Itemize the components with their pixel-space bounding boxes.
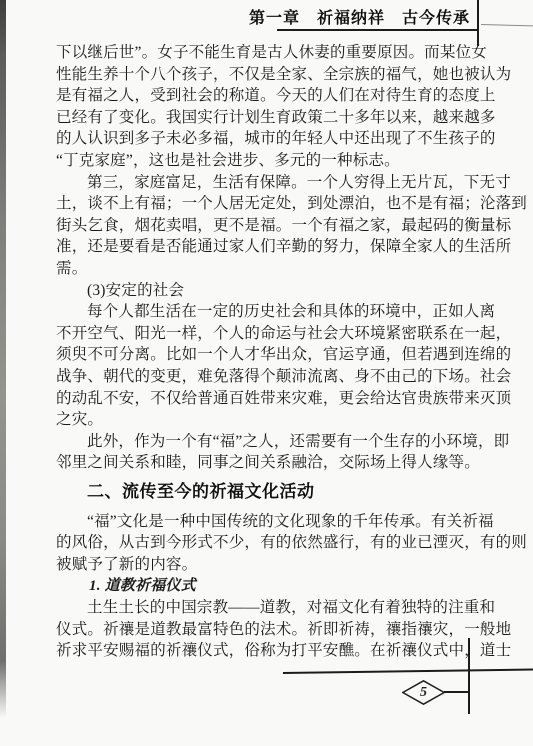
text-line: 已经有了变化。我国实行计划生育政策二十多年以来，越来越多 (56, 107, 472, 129)
text-line: 祈求平安赐福的祈禳仪式，俗称为打平安醮。在祈禳仪式中，道士 (56, 640, 472, 662)
page-number: 5 (402, 680, 445, 705)
text-line: 的风俗，从古到今形式不少，有的依然盛行，有的业已湮灭，有的则 (56, 532, 472, 554)
text-line: 1. 道教祈福仪式 (56, 576, 472, 598)
text-line: 须臾不可分离。比如一个人才华出众，官运亨通，但若遇到连绵的 (56, 344, 472, 366)
header-rule (277, 29, 478, 31)
text-line: 准，还是要看是否能通过家人们辛勤的努力，保障全家人的生活所 (56, 236, 472, 258)
header-corner-rule (477, 0, 479, 46)
header-stray-line-artifact (481, 24, 533, 26)
footer-rule (283, 668, 533, 674)
text-line: 第三，家庭富足，生活有保障。一个人穷得上无片瓦，下无寸 (56, 172, 472, 194)
text-line: 二、流传至今的祈福文化活动 (56, 479, 472, 505)
text-line: 的人认识到多子未必多福，城市的年轻人中还出现了不生孩子的 (56, 128, 472, 150)
book-page: 第一章 祈福纳祥 古今传承 下以继后世”。女子不能生育是古人休妻的重要原因。而某… (0, 0, 533, 746)
text-line: 邻里之间关系和睦，同事之间关系融洽，交际场上得人缘等。 (56, 452, 472, 474)
text-line: (3)安定的社会 (56, 280, 472, 302)
text-line: 土，谈不上有福；一个人居无定处，到处漂泊，也不是有福；沦落到 (56, 193, 472, 215)
text-line: 土生土长的中国宗教——道教，对福文化有着独特的注重和 (56, 597, 472, 619)
running-header-chapter-title: 第一章 祈福纳祥 古今传承 (249, 5, 470, 28)
text-line: 是有福之人，受到社会的称道。今天的人们在对待生育的态度上 (56, 85, 472, 107)
text-line: 之灾。 (56, 409, 472, 431)
text-line: 此外，作为一个有“福”之人，还需要有一个生存的小环境，即 (56, 431, 472, 453)
scan-spine-artifact (0, 0, 6, 718)
text-line: 下以继后世”。女子不能生育是古人休妻的重要原因。而某位女 (56, 42, 472, 64)
text-line: 被赋予了新的内容。 (56, 554, 472, 576)
text-line: “丁克家庭”，这也是社会进步、多元的一种标志。 (56, 150, 472, 172)
text-line: “福”文化是一种中国传统的文化现象的千年传承。有关祈福 (56, 511, 472, 533)
text-line: 仪式。祈禳是道教最富特色的法术。祈即祈祷，禳指禳灾，一般地 (56, 619, 472, 641)
text-line: 需。 (56, 258, 472, 280)
text-line: 的动乱不安，不仅给普通百姓带来灾难，更会给达官贵族带来灭顶 (56, 388, 472, 410)
page-text: 下以继后世”。女子不能生育是古人休妻的重要原因。而某位女性能生养十个八个孩子，不… (56, 42, 472, 662)
footer-corner-rule (468, 638, 470, 714)
text-line: 街头乞食，烟花卖唱，更不是福。一个有福之家，最起码的衡量标 (56, 215, 472, 237)
text-line: 战争、朝代的变更，难免落得个颠沛流离、身不由己的下场。社会 (56, 366, 472, 388)
text-line: 性能生养十个八个孩子，不仅是全家、全宗族的福气，她也被认为 (56, 64, 472, 86)
text-line: 每个人都生活在一定的历史社会和具体的环境中，正如人离 (56, 301, 472, 323)
page-number-connector-line (444, 691, 470, 693)
text-line: 不开空气、阳光一样，个人的命运与社会大环境紧密联系在一起， (56, 323, 472, 345)
